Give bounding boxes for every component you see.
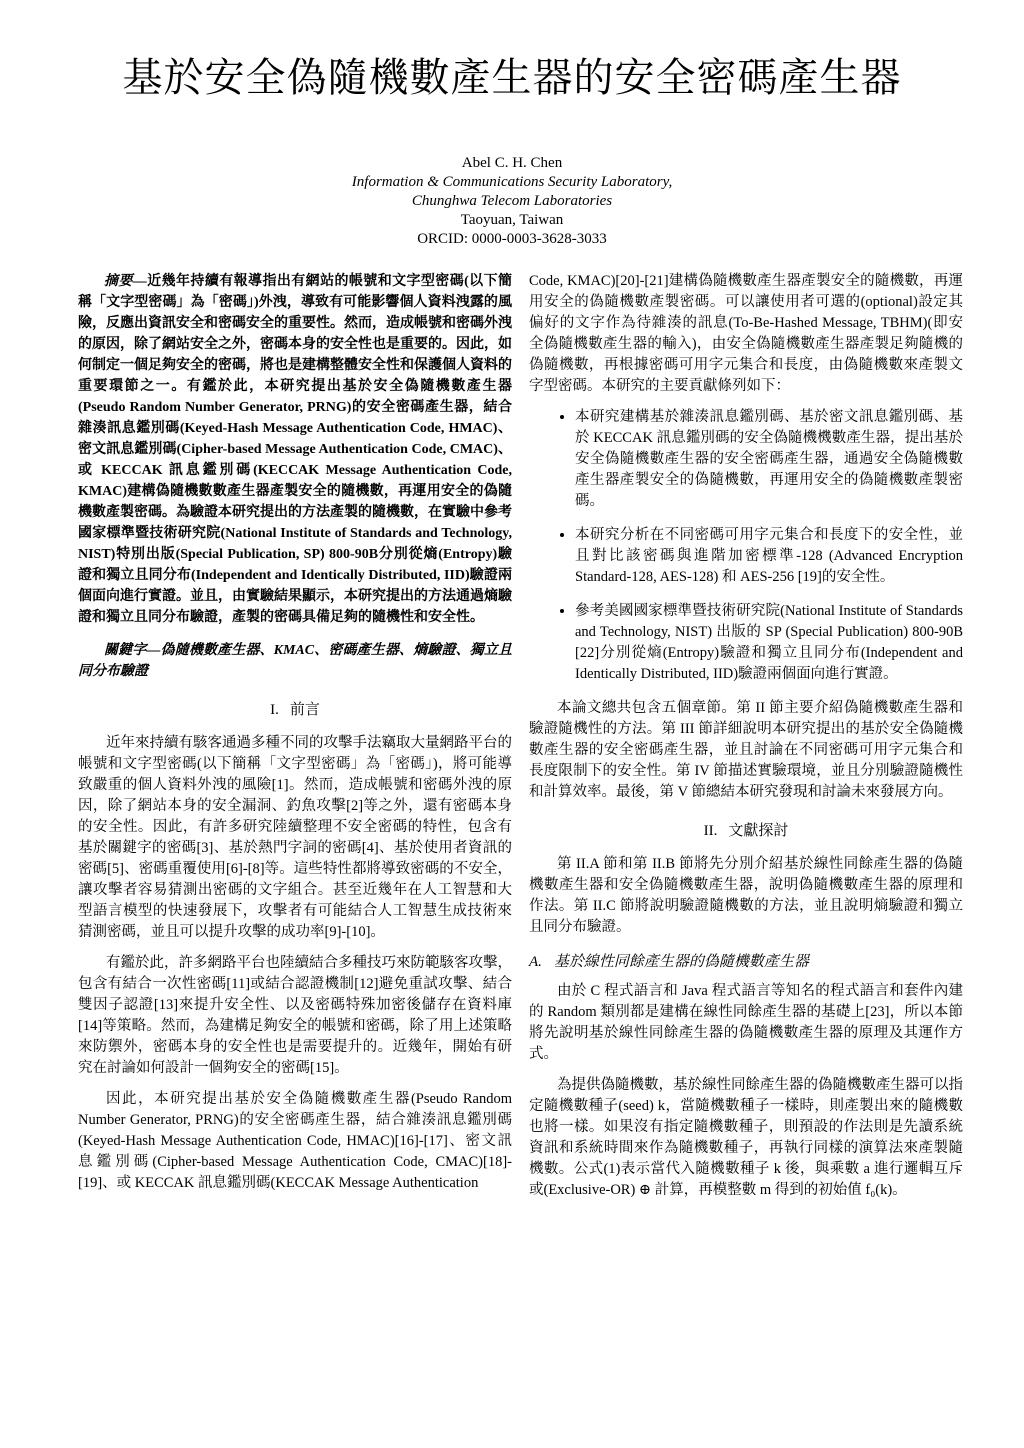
left-column: 摘要—近幾年持續有報導指出有網站的帳號和文字型密碼(以下簡稱「文字型密碼」為「密… [78, 271, 512, 1211]
author-orcid: ORCID: 0000-0003-3628-3033 [78, 230, 946, 249]
section1-paragraph-2: 有鑑於此，許多網路平台也陸續結合多種技巧來防範駭客攻擊，包含有結合一次性密碼[1… [78, 953, 512, 1079]
author-affiliation-line1: Information & Communications Security La… [78, 173, 946, 192]
section1-heading-number: I. [270, 702, 279, 718]
keywords-paragraph: 關鍵字—偽隨機數產生器、KMAC、密碼產生器、熵驗證、獨立且同分布驗證 [78, 640, 512, 682]
section1-paragraph-3-continued: Code, KMAC)[20]-[21]建構偽隨機數產生器產製安全的隨機數，再運… [529, 271, 963, 397]
abstract-paragraph: 摘要—近幾年持續有報導指出有網站的帳號和文字型密碼(以下簡稱「文字型密碼」為「密… [78, 271, 512, 628]
contribution-item-1: 本研究建構基於雜湊訊息鑑別碼、基於密文訊息鑑別碼、基於 KECCAK 訊息鑑別碼… [575, 407, 963, 512]
paper-title: 基於安全偽隨機數產生器的安全密碼產生器 [78, 54, 946, 102]
contributions-list: 本研究建構基於雜湊訊息鑑別碼、基於密文訊息鑑別碼、基於 KECCAK 訊息鑑別碼… [529, 407, 963, 685]
abstract-label: 摘要— [104, 274, 147, 289]
subsection-a-label: A. [529, 954, 542, 970]
section2-heading: II.文獻探討 [529, 821, 963, 841]
subsection-a-heading: A.基於線性同餘產生器的偽隨機數產生器 [529, 952, 963, 972]
section1-heading-title: 前言 [290, 702, 320, 718]
section1-paragraph-1: 近年來持續有駭客通過多種不同的攻擊手法竊取大量網路平台的帳號和文字型密碼(以下簡… [78, 733, 512, 943]
author-affiliation-line2: Chunghwa Telecom Laboratories [78, 192, 946, 211]
subsection-a-paragraph-1: 由於 C 程式語言和 Java 程式語言等知名的程式語言和套件內建的 Rando… [529, 981, 963, 1065]
section2-heading-title: 文獻探討 [728, 823, 788, 839]
section1-paragraph-4: 本論文總共包含五個章節。第 II 節主要介紹偽隨機數產生器和驗證隨機性的方法。第… [529, 698, 963, 803]
section2-intro-paragraph: 第 II.A 節和第 II.B 節將先分別介紹基於線性同餘產生器的偽隨機數產生器… [529, 854, 963, 938]
section2-heading-number: II. [704, 823, 718, 839]
subsection-a-paragraph-2: 為提供偽隨機數，基於線性同餘產生器的偽隨機數產生器可以指定隨機數種子(seed)… [529, 1075, 963, 1201]
author-name: Abel C. H. Chen [78, 154, 946, 173]
contribution-item-3: 參考美國國家標準暨技術研究院(National Institute of Sta… [575, 601, 963, 685]
section1-paragraph-3-left: 因此，本研究提出基於安全偽隨機數產生器(Pseudo Random Number… [78, 1089, 512, 1194]
subsection-a-title: 基於線性同餘產生器的偽隨機數產生器 [554, 954, 809, 970]
right-column: Code, KMAC)[20]-[21]建構偽隨機數產生器產製安全的隨機數，再運… [529, 271, 963, 1211]
contribution-item-2: 本研究分析在不同密碼可用字元集合和長度下的安全性，並且對比該密碼與進階加密標準-… [575, 525, 963, 588]
abstract-text: 近幾年持續有報導指出有網站的帳號和文字型密碼(以下簡稱「文字型密碼」為「密碼」)… [78, 274, 512, 625]
paper-page: 基於安全偽隨機數產生器的安全密碼產生器 Abel C. H. Chen Info… [0, 0, 1024, 1448]
section1-heading: I.前言 [78, 700, 512, 720]
keywords-label: 關鍵字— [104, 643, 160, 658]
two-column-body: 摘要—近幾年持續有報導指出有網站的帳號和文字型密碼(以下簡稱「文字型密碼」為「密… [78, 271, 946, 1211]
author-location: Taoyuan, Taiwan [78, 211, 946, 230]
author-block: Abel C. H. Chen Information & Communicat… [78, 154, 946, 249]
